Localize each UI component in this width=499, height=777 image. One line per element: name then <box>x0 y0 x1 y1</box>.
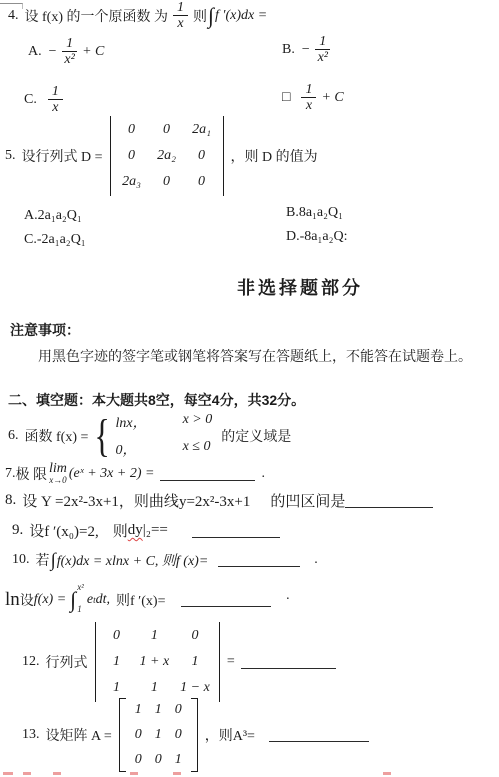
exam-page: 4. 设 f(x) 的一个原函数 为 1 x 则 ∫ f ′(x)dx = A.… <box>0 0 499 777</box>
fraction: 1 x <box>48 84 63 116</box>
integral-sign: ∫ <box>51 551 56 570</box>
minus-sign: − <box>301 42 310 58</box>
q13-text-pre: 设矩阵 A = <box>46 725 112 745</box>
red-mark <box>23 772 31 775</box>
question-7: 7. 极 限 lim x→0 (eˣ + 3x + 2) = . <box>5 462 265 485</box>
matrix-3x3: 110 010 001 <box>119 698 198 772</box>
q5-text-post: ，则 D 的值为 <box>231 146 318 166</box>
q5-option-d: D.-8a₁a₂Q: <box>286 229 347 245</box>
q11-text-pre: 设 <box>20 590 34 610</box>
q8-text-post: 的凹区间是 <box>270 490 345 511</box>
question-8: 8. 设 Υ =2x²-3x+1，则曲线y=2x²-3x+1 的凹区间是 <box>5 490 433 511</box>
notes-body: 用黑色字迹的签字笔或钢笔将答案写在答题纸上，不能答在试题卷上。 <box>38 346 472 366</box>
red-mark <box>53 772 61 775</box>
q11-fx: f(x) = <box>34 592 66 608</box>
q10-expression: f(x)dx = xlnx + C, 则f (x)= <box>57 550 209 570</box>
q5-text-pre: 设行列式 D = <box>22 146 103 166</box>
q6-text-post: 的定义域是 <box>221 426 291 446</box>
q8-text: 设 Υ =2x²-3x+1，则曲线y=2x²-3x+1 <box>22 490 250 511</box>
red-mark <box>130 772 138 775</box>
q4-option-d: □ 1 x + C <box>282 82 344 114</box>
minus-sign: − <box>48 44 57 60</box>
question-number: 10. <box>12 552 30 568</box>
q4-option-a: A. − 1 x² + C <box>28 36 104 68</box>
question-number: 13. <box>22 727 40 743</box>
q6-text-pre: 函数 f(x) = <box>25 426 89 446</box>
q13-text-post: ，则A³= <box>205 725 255 745</box>
q11-text-post: 则f ′(x)= <box>116 590 165 610</box>
question-4-stem: 4. 设 f(x) 的一个原函数 为 1 x 则 ∫ f ′(x)dx = <box>8 0 267 32</box>
dy-with-squiggle: dy <box>128 522 143 539</box>
q7-text-pre: 极 限 <box>16 464 48 484</box>
answer-blank <box>241 655 336 669</box>
q4-option-b: B. − 1 x² <box>282 34 335 66</box>
fraction-1-over-x: 1 x <box>173 0 188 32</box>
determinant-3x3: 010 11 + x1 111 − x <box>95 622 220 702</box>
question-number: 5. <box>5 148 16 164</box>
piecewise-cases: { lnx，x > 0 0，x ≤ 0 <box>91 412 212 459</box>
red-mark <box>173 772 181 775</box>
question-10: 10. 若 ∫ f(x)dx = xlnx + C, 则f (x)= . <box>12 550 318 570</box>
part2-heading: 二、填空题：本大题共8空，每空4分，共32分。 <box>8 390 305 410</box>
option-label: C. <box>24 92 37 108</box>
q10-text-pre: 若 <box>36 550 50 570</box>
answer-blank <box>192 524 280 538</box>
q5-option-b: B.8a₁a₂Q₁ <box>286 205 343 221</box>
fraction: 1 x² <box>315 34 330 66</box>
checkbox-square-icon: □ <box>282 90 290 106</box>
question-6: 6. 函数 f(x) = { lnx，x > 0 0，x ≤ 0 的定义域是 <box>8 412 291 459</box>
fraction: 1 x² <box>62 36 77 68</box>
integral-sign: ∫ <box>70 589 76 611</box>
question-9: 9. 设f ′(x₀)=2, 则 dy |₂== <box>12 520 280 541</box>
q4-option-c: C. 1 x <box>24 84 68 116</box>
q7-expression: (eˣ + 3x + 2) = <box>69 466 155 482</box>
red-mark <box>3 772 13 775</box>
period: . <box>261 466 265 482</box>
q4-text-post: f ′(x)dx = <box>215 8 267 24</box>
answer-blank <box>160 467 255 481</box>
left-brace: { <box>95 416 110 455</box>
q12-text-pre: 行列式 <box>46 652 88 672</box>
equals-sign: = <box>227 654 235 670</box>
notes-label: 注意事项： <box>10 320 80 340</box>
question-number: 8. <box>5 492 16 509</box>
q11-prefix-ln: ln <box>5 589 20 611</box>
question-number: 9. <box>12 522 23 539</box>
period: . <box>314 552 318 568</box>
question-number: 12. <box>22 654 40 670</box>
answer-blank <box>345 494 433 508</box>
fraction: 1 x <box>301 82 316 114</box>
question-13: 13. 设矩阵 A = 110 010 001 ，则A³= <box>22 698 369 772</box>
q9-text-mid: 则 <box>113 520 128 541</box>
question-number: 4. <box>8 8 19 24</box>
left-bracket <box>119 698 126 772</box>
answer-blank <box>181 593 271 607</box>
q9-text-rest: |₂== <box>143 522 168 539</box>
q5-option-c: C.-2a₁a₂Q₁ <box>24 232 86 248</box>
question-5-stem: 5. 设行列式 D = 002a₁ 02a₂0 2a₃00 ，则 D 的值为 <box>5 116 318 196</box>
answer-blank <box>218 553 300 567</box>
determinant-3x3: 002a₁ 02a₂0 2a₃00 <box>110 116 224 196</box>
question-number: 7. <box>5 466 16 482</box>
question-12: 12. 行列式 010 11 + x1 111 − x = <box>22 622 336 702</box>
option-tail: + C <box>321 90 343 106</box>
option-tail: + C <box>82 44 104 60</box>
option-label: A. <box>28 44 42 60</box>
integral-bounds: x² 1 <box>77 582 84 614</box>
integral-sign: ∫ <box>208 5 214 27</box>
period: · <box>285 592 290 608</box>
answer-blank <box>269 728 369 742</box>
q5-option-a: A.2a₁a₂Q₁ <box>24 208 82 224</box>
right-bracket <box>191 698 198 772</box>
q4-text-pre: 设 f(x) 的一个原函数 为 <box>25 6 169 26</box>
red-mark <box>383 772 391 775</box>
question-number: 6. <box>8 428 19 444</box>
section-heading: 非选择题部分 <box>237 274 363 300</box>
question-11: ln 设 f(x) = ∫ x² 1 etdt, 则f ′(x)= · <box>5 584 290 616</box>
q4-text-mid: 则 <box>193 6 207 26</box>
option-label: B. <box>282 42 295 58</box>
q9-text-pre: 设f ′(x₀)=2, <box>29 520 98 541</box>
integrand-dt: dt, <box>96 592 110 608</box>
limit-operator: lim x→0 <box>49 462 67 485</box>
